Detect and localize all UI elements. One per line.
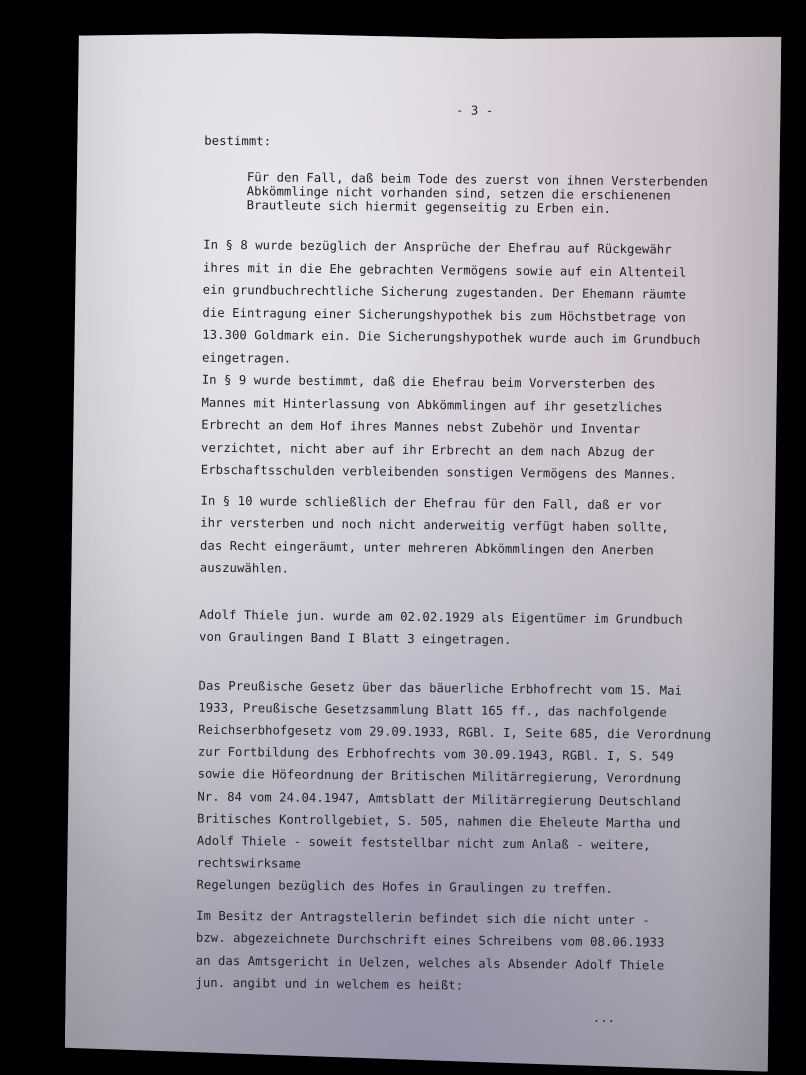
continuation-ellipsis: ... — [195, 1002, 755, 1030]
quoted-clause: Für den Fall, daß beim Tode des zuerst v… — [247, 170, 764, 217]
paragraph-laws: Das Preußische Gesetz über das bäuerlich… — [196, 674, 758, 902]
paragraph-land-registry: Adolf Thiele jun. wurde am 02.02.1929 al… — [199, 603, 759, 654]
document-body: - 3 - bestimmt: Für den Fall, daß beim T… — [195, 97, 765, 1031]
paragraph-section-10: In § 10 wurde schließlich der Ehefrau fü… — [200, 489, 761, 585]
paragraph-section-8: In § 8 wurde bezüglich der Ansprüche der… — [202, 234, 763, 375]
document-page: - 3 - bestimmt: Für den Fall, daß beim T… — [65, 29, 782, 1071]
paragraph-section-9: In § 9 wurde bestimmt, daß die Ehefrau b… — [201, 369, 762, 487]
page-number: - 3 - — [185, 96, 765, 125]
paragraph-letter: Im Besitz der Antragstellerin befindet s… — [195, 904, 756, 1000]
intro-line: bestimmt: — [204, 129, 764, 157]
